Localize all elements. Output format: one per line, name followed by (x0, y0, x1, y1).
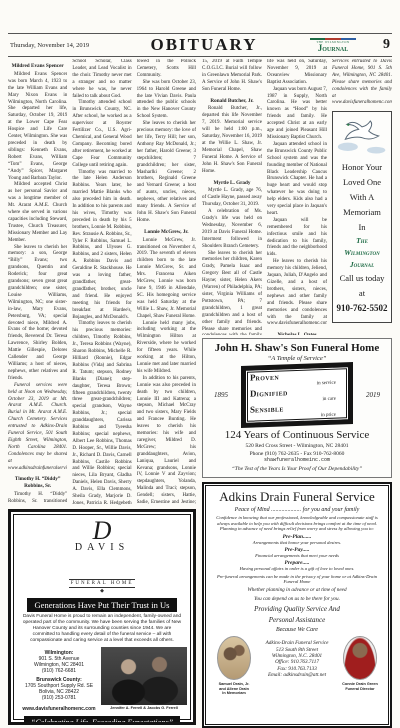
shaw-title: John H. Shaw's Son Funeral Home (207, 342, 387, 354)
adkins-contact-email: Email: adkinsdrain@att.net (256, 672, 338, 678)
masthead-name: Journal (302, 44, 364, 53)
memoriam-line-1: Honor Your (335, 160, 389, 175)
obituary-paragraph: Timothy leaves to cherish his precious m… (72, 321, 131, 505)
obituary-paragraph: Funeral services were held at Noon on We… (8, 383, 67, 473)
memoriam-ad: Honor Your Loved One With A Memoriam In … (332, 111, 392, 323)
obit-column-2: School Scholar, Class Leader, and Lead V… (72, 59, 131, 505)
davis-addresses: Wilmington: 901 S. 5th Avenue Wilmington… (17, 647, 101, 712)
adkins-title: Adkins Drain Funeral Service (212, 489, 382, 505)
davis-info-row: Wilmington: 901 S. 5th Avenue Wilmington… (17, 647, 187, 712)
shaw-manager-name: William O. Boykin, Manager (246, 477, 348, 478)
obituary-paragraph: Timothy H. “Diddy” Robbins, Sr. transiti… (8, 492, 67, 505)
memoriam-call-line: Call us today (335, 271, 389, 286)
adkins-drain-funeral-service-ad: Adkins Drain Funeral Service Peace of Mi… (202, 482, 392, 728)
obit-columns-left: Mildred Evans SpencerMildred Evans Spenc… (8, 59, 196, 505)
davis-brunswick-phone: (910) 253-0781 (17, 695, 101, 701)
obituary-heading: Mildred Evans Spencer (8, 63, 67, 70)
adkins-providing-line-2: Personal Assistance (212, 616, 382, 624)
obituary-paragraph: 15, 2019 at Faith Temple C.O.G.I.C. Buri… (202, 59, 262, 94)
obituary-paragraph: Lonnie held many jobs, including working… (137, 321, 196, 376)
shaw-slogan-frame: PROVENin service DIGNIFIEDin care SENSIB… (241, 362, 353, 428)
obituary-paragraph: She leaves to cherish her precious memor… (137, 121, 196, 225)
adkins-peace-of-mind-line: Peace of Mind .................... for y… (212, 507, 382, 513)
obituary-heading: Myrtle L. Grady (202, 180, 262, 187)
memoriam-line-5: In (335, 220, 389, 235)
davis-body-text: Davis Funeral Home is proud to remain an… (17, 614, 187, 644)
obituary-heading: Ronald Butcher, Jr. (202, 98, 262, 105)
shaw-middle-row: 1895 PROVENin service DIGNIFIEDin care S… (207, 364, 387, 426)
obit-column-5: life was held on, Saturday, November 9, … (267, 59, 327, 335)
adkins-providing-line-1: Providing Quality Service And (212, 605, 382, 613)
obituary-paragraph: Jaquan was born August 7, 1987 in Supply… (267, 87, 327, 142)
page-header: Thursday, November 14, 2019 OBITUARY THE… (8, 33, 392, 57)
obituary-paragraph: Jaquan attended school in the Brunswick … (267, 142, 327, 218)
slogan-word: ENSIBLE (255, 407, 284, 414)
dove-icon (337, 116, 387, 156)
davis-photo-caption: Jennifer A. Ferrell & Jacobs G. Ferrell (101, 706, 187, 710)
memoriam-at-line: at (335, 286, 389, 301)
obit-column-4: 15, 2019 at Faith Temple C.O.G.I.C. Buri… (202, 59, 262, 335)
memoriam-line-2: Loved One (335, 175, 389, 190)
obituary-paragraph: Myrtle L. Grady, age 76, of Castle Hayne… (202, 188, 262, 209)
adkins-contact-block: Adkins-Drain Funeral Service 513 South 8… (256, 640, 338, 678)
left-half: Mildred Evans SpencerMildred Evans Spenc… (8, 59, 196, 728)
obituary-paragraph: Ronald Butcher, Jr., departed this life … (202, 106, 262, 175)
davis-directors-photo (101, 647, 187, 705)
obituary-paragraph: He leaves to cherish his memory his chil… (267, 259, 327, 328)
slogan-word: ROVEN (256, 376, 280, 383)
memoriam-line-4: Memoriam (335, 205, 389, 220)
adkins-contact-name: Adkins-Drain Funeral Service (256, 640, 338, 646)
adkins-privacy-note: Pre-funeral arrangements can be made in … (212, 574, 382, 584)
adkins-bottom-row: Samuel Drain, Jr. and Allene Drain In Me… (212, 636, 382, 696)
obituary-paragraph: Timothy was married to the late Helen An… (72, 170, 131, 322)
obit-columns-right: 15, 2019 at Faith Temple C.O.G.I.C. Buri… (202, 59, 392, 335)
davis-photo-block: Jennifer A. Ferrell & Jacobs G. Ferrell (101, 647, 187, 712)
obituary-paragraph: Lonnie McGrew, Jr. transitioned on Novem… (137, 238, 196, 321)
adkins-memoriam-photo (217, 636, 251, 680)
shaw-service-banner: 124 Years of Continuous Service (207, 429, 387, 441)
shaw-address: 520 Red Cross Street - Wilmington, NC 28… (207, 443, 387, 449)
adkins-pre-plan-desc: Arrangements that honor your personal de… (212, 540, 382, 545)
obituary-paragraph: School Scholar, Class Leader, and Lead V… (72, 59, 131, 100)
adkins-director-photo-block: Connie Drain Green Funeral Director (338, 636, 382, 691)
right-half: 15, 2019 at Faith Temple C.O.G.I.C. Buri… (202, 59, 392, 728)
slogan-word: IGNIFIED (257, 391, 288, 398)
adkins-body-text: Confidence in knowing that our professio… (212, 515, 382, 532)
section-title: OBITUARY (106, 35, 302, 55)
obituary-paragraph: A celebration of Ms. Grady's life was he… (202, 209, 262, 250)
shaw-tagline: “A Temple of Service” (207, 355, 387, 362)
newspaper-obituary-page: Thursday, November 14, 2019 OBITUARY THE… (0, 0, 400, 728)
davis-banner-top: Generations Have Put Their Trust in Us (27, 598, 177, 612)
obituary-paragraph: Timothy attended school in Brunswick Cou… (72, 100, 131, 169)
memoriam-line-3: With A (335, 190, 389, 205)
obit-column-1: Mildred Evans SpencerMildred Evans Spenc… (8, 59, 67, 505)
obituary-paragraph: Services entrusted to Davis Funeral Home… (332, 59, 392, 107)
obit-column-3: lowed in the Pollock Cemetery, Scotts Hi… (137, 59, 196, 505)
obituary-paragraph: Mildred accepted Christ as her personal … (8, 182, 67, 244)
issue-date: Thursday, November 14, 2019 (10, 42, 106, 49)
shaw-year-current: 2019 (359, 391, 387, 399)
adkins-because-we-care: Because We Care (212, 627, 382, 633)
obituary-paragraph: She was born October 23, 1964 to Harold … (137, 80, 196, 121)
obit-column-6: Services entrusted to Davis Funeral Home… (332, 59, 392, 335)
adkins-whether-line-1: Whether planning in advance or at time o… (212, 587, 382, 593)
shaw-slogan-sensible: SENSIBLEin price (250, 401, 344, 420)
adkins-whether-line-2: You can depend on us to be there for you… (212, 596, 382, 602)
page-number: 9 (364, 37, 390, 53)
obituary-paragraph: lowed in the Pollock Cemetery, Scotts Hi… (137, 59, 196, 80)
adkins-left-caption-3: In Memoriam (212, 691, 256, 696)
adkins-director-photo (343, 636, 377, 680)
obituary-paragraph: She leaves to cherish her memories her c… (202, 251, 262, 335)
davis-logo-initial: D (17, 520, 187, 542)
adkins-right-caption-2: Funeral Director (338, 687, 382, 692)
memoriam-brand-the: The (335, 235, 389, 247)
flourish-icon: ◆ (17, 589, 187, 595)
obituary-paragraph: She leaves to cherish her memory: a son,… (8, 245, 67, 383)
adkins-prepare-desc: Having personal affairs in order is a gi… (212, 566, 382, 571)
davis-wilmington-phone: (910) 762-6681 (17, 668, 101, 674)
davis-banner-bottom: “Celebrating Life, Exceeding Expectation… (24, 716, 180, 725)
davis-funeral-home-ad: D DAVIS FUNERAL HOME ◆ Generations Have … (8, 509, 196, 725)
shaw-year-founded: 1895 (207, 391, 235, 399)
shaw-slogan-proven: PROVENin service (250, 369, 344, 388)
obituary-paragraph: Mildred Evans Spencer was born March 4, … (8, 72, 67, 183)
shaw-website: shawfuneralhomeinc.com (207, 457, 387, 463)
obituary-heading: Timothy H. “Diddy” Robbins, Sr. (8, 476, 67, 490)
memoriam-brand-wilmington: Wilmington (335, 247, 389, 259)
obituary-heading: Nicholas L. Oates (267, 332, 327, 335)
davis-logo-name: DAVIS (17, 542, 187, 553)
obituary-paragraph: life was held on, Saturday, November 9, … (267, 59, 327, 87)
adkins-memoriam-photo-block: Samuel Drain, Jr. and Allene Drain In Me… (212, 636, 256, 696)
memoriam-phone-number: 910-762-5502 (335, 301, 389, 316)
obituary-heading: Lonnie McGrew, Jr. (137, 229, 196, 236)
davis-logo-subtitle: FUNERAL HOME (69, 579, 136, 588)
obit-column-6-text: Services entrusted to Davis Funeral Home… (332, 59, 392, 107)
adkins-pre-pay-desc: Financial arrangements that meet your ne… (212, 553, 382, 558)
obituary-paragraph: Jaquan will be remembered for his infect… (267, 218, 327, 259)
obituary-paragraph: In addition to his parents, Lonnie was a… (137, 376, 196, 505)
main-content: Mildred Evans SpencerMildred Evans Spenc… (0, 57, 400, 728)
davis-website: www.davisfuneralhomenc.com (17, 706, 101, 712)
memoriam-brand-journal: Journal (335, 259, 389, 271)
shaw-funeral-home-ad: John H. Shaw's Son Funeral Home “A Templ… (202, 338, 392, 478)
shaw-slogan-dignified: DIGNIFIEDin care (250, 385, 344, 404)
journal-masthead: THE WILMINGTON Journal (302, 38, 364, 53)
